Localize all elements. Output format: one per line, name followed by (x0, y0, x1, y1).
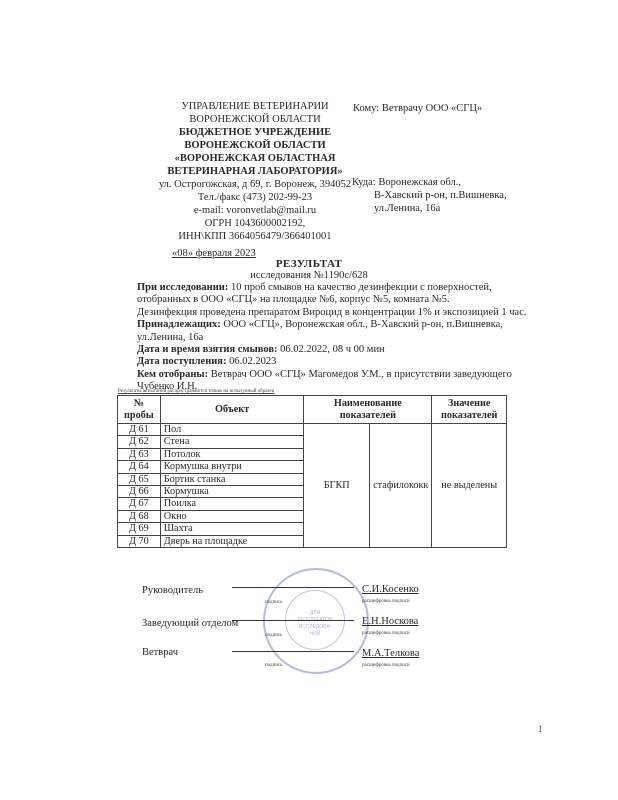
sample-num: Д 64 (118, 461, 161, 473)
sample-num: Д 63 (118, 448, 161, 460)
signature-name: Е.Н.Носкова (362, 616, 418, 627)
label: Кем отобраны: (137, 369, 208, 380)
header-object: Объект (160, 396, 304, 424)
recipient-address: Куда: Воронежская обл., В-Хавский р-он, … (352, 176, 507, 215)
results-table: № пробы Объект Наименование показателей … (117, 395, 507, 548)
sample-num: Д 67 (118, 498, 161, 510)
sample-object: Стена (160, 436, 304, 448)
org-address: ул. Острогожская, д 69, г. Воронеж, 3940… (150, 178, 360, 191)
signature-name: С.И.Косенко (362, 584, 419, 595)
signature-name-caption: расшифровка подписи (362, 631, 410, 636)
document-page: УПРАВЛЕНИЕ ВЕТЕРИНАРИИ ВОРОНЕЖСКОЙ ОБЛАС… (0, 0, 618, 800)
sample-num: Д 70 (118, 535, 161, 547)
research-paragraph: При исследовании: 10 проб смывов на каче… (137, 282, 537, 307)
sample-object: Окно (160, 510, 304, 522)
official-stamp: ДЛЯ РЕЗУЛЬТАТОВ ИССЛЕДОВА-НИЙ (263, 568, 369, 674)
sampling-paragraph: Дата и время взятия смывов: 06.02.2022, … (137, 344, 537, 356)
value: 06.02.2023 (226, 356, 276, 367)
stamp-text: ДЛЯ РЕЗУЛЬТАТОВ ИССЛЕДОВА-НИЙ (295, 610, 335, 638)
sample-object: Дверь на площадке (160, 535, 304, 547)
sample-num: Д 66 (118, 486, 161, 498)
results-note: Результаты испытаний распространяются то… (118, 389, 274, 394)
sample-num: Д 69 (118, 523, 161, 535)
indicator-staph: стафилококк (370, 424, 432, 548)
owner-paragraph: Принадлежащих: ООО «СГЦ», Воронежская об… (137, 319, 537, 344)
signature-role-head: Руководитель (142, 585, 203, 596)
sample-object: Пол (160, 424, 304, 436)
signature-name: М.А.Телкова (362, 648, 419, 659)
address-line: В-Хавский р-он, п.Вишневка, (352, 189, 507, 202)
sample-object: Потолок (160, 448, 304, 460)
table-header-row: № пробы Объект Наименование показателей … (118, 396, 507, 424)
sample-num: Д 68 (118, 510, 161, 522)
label: Дата поступления: (137, 356, 226, 367)
document-subtitle: исследования №1190с/628 (0, 270, 618, 281)
org-line: «ВОРОНЕЖСКАЯ ОБЛАСТНАЯ (150, 152, 360, 165)
document-details: При исследовании: 10 проб смывов на каче… (137, 282, 537, 394)
signature-name-caption: расшифровка подписи (362, 599, 410, 604)
header-num: № пробы (118, 396, 161, 424)
org-email: e-mail: voronvetlab@mail.ru (150, 204, 360, 217)
sample-num: Д 65 (118, 473, 161, 485)
value: 06.02.2022, 08 ч 00 мин (278, 344, 385, 355)
sample-object: Бортик станка (160, 473, 304, 485)
org-ogrn: ОГРН 1043600002192, (150, 217, 360, 230)
page-number: 1 (538, 724, 543, 734)
label: Принадлежащих: (137, 319, 221, 330)
sample-object: Шахта (160, 523, 304, 535)
sample-num: Д 62 (118, 436, 161, 448)
header-indicator: Наименование показателей (304, 396, 432, 424)
header-value: Значение показателей (432, 396, 507, 424)
recipient: Кому: Ветврачу ООО «СГЦ» (353, 103, 482, 114)
org-line: ВОРОНЕЖСКОЙ ОБЛАСТИ (150, 139, 360, 152)
received-paragraph: Дата поступления: 06.02.2023 (137, 356, 537, 368)
org-line: ВОРОНЕЖСКОЙ ОБЛАСТИ (150, 113, 360, 126)
org-phone: Тел./факс (473) 202-99-23 (150, 191, 360, 204)
indicator-bgkp: БГКП (304, 424, 370, 548)
signature-caption: подпись (265, 600, 282, 605)
label: Дата и время взятия смывов: (137, 344, 278, 355)
address-line: Куда: Воронежская обл., (352, 177, 461, 188)
organization-header: УПРАВЛЕНИЕ ВЕТЕРИНАРИИ ВОРОНЕЖСКОЙ ОБЛАС… (150, 100, 360, 243)
org-line: БЮДЖЕТНОЕ УЧРЕЖДЕНИЕ (150, 126, 360, 139)
signature-name-caption: расшифровка подписи (362, 663, 410, 668)
org-inn: ИНН\КПП 3664056479/366401001 (150, 230, 360, 243)
sample-object: Кормушка внутри (160, 461, 304, 473)
signature-role-dept: Заведующий отделом (142, 618, 238, 629)
sample-num: Д 61 (118, 424, 161, 436)
org-line: ВЕТЕРИНАРНАЯ ЛАБОРАТОРИЯ» (150, 165, 360, 178)
org-line: УПРАВЛЕНИЕ ВЕТЕРИНАРИИ (150, 100, 360, 113)
sample-object: Кормушка (160, 486, 304, 498)
signature-caption: подпись (265, 633, 282, 638)
value-result: не выделены (432, 424, 507, 548)
table-row: Д 61 Пол БГКП стафилококк не выделены (118, 424, 507, 436)
label: При исследовании: (137, 282, 228, 293)
signature-line (232, 587, 354, 588)
signature-role-vet: Ветврач (142, 647, 178, 658)
signature-line (232, 620, 354, 621)
disinfection-paragraph: Дезинфекция проведена препаратом Вироцид… (137, 307, 537, 319)
address-line: ул.Ленина, 16а (352, 202, 507, 215)
signature-line (232, 651, 354, 652)
sample-object: Поилка (160, 498, 304, 510)
document-title: РЕЗУЛЬТАТ (0, 258, 618, 270)
signature-caption: подпись (265, 663, 282, 668)
